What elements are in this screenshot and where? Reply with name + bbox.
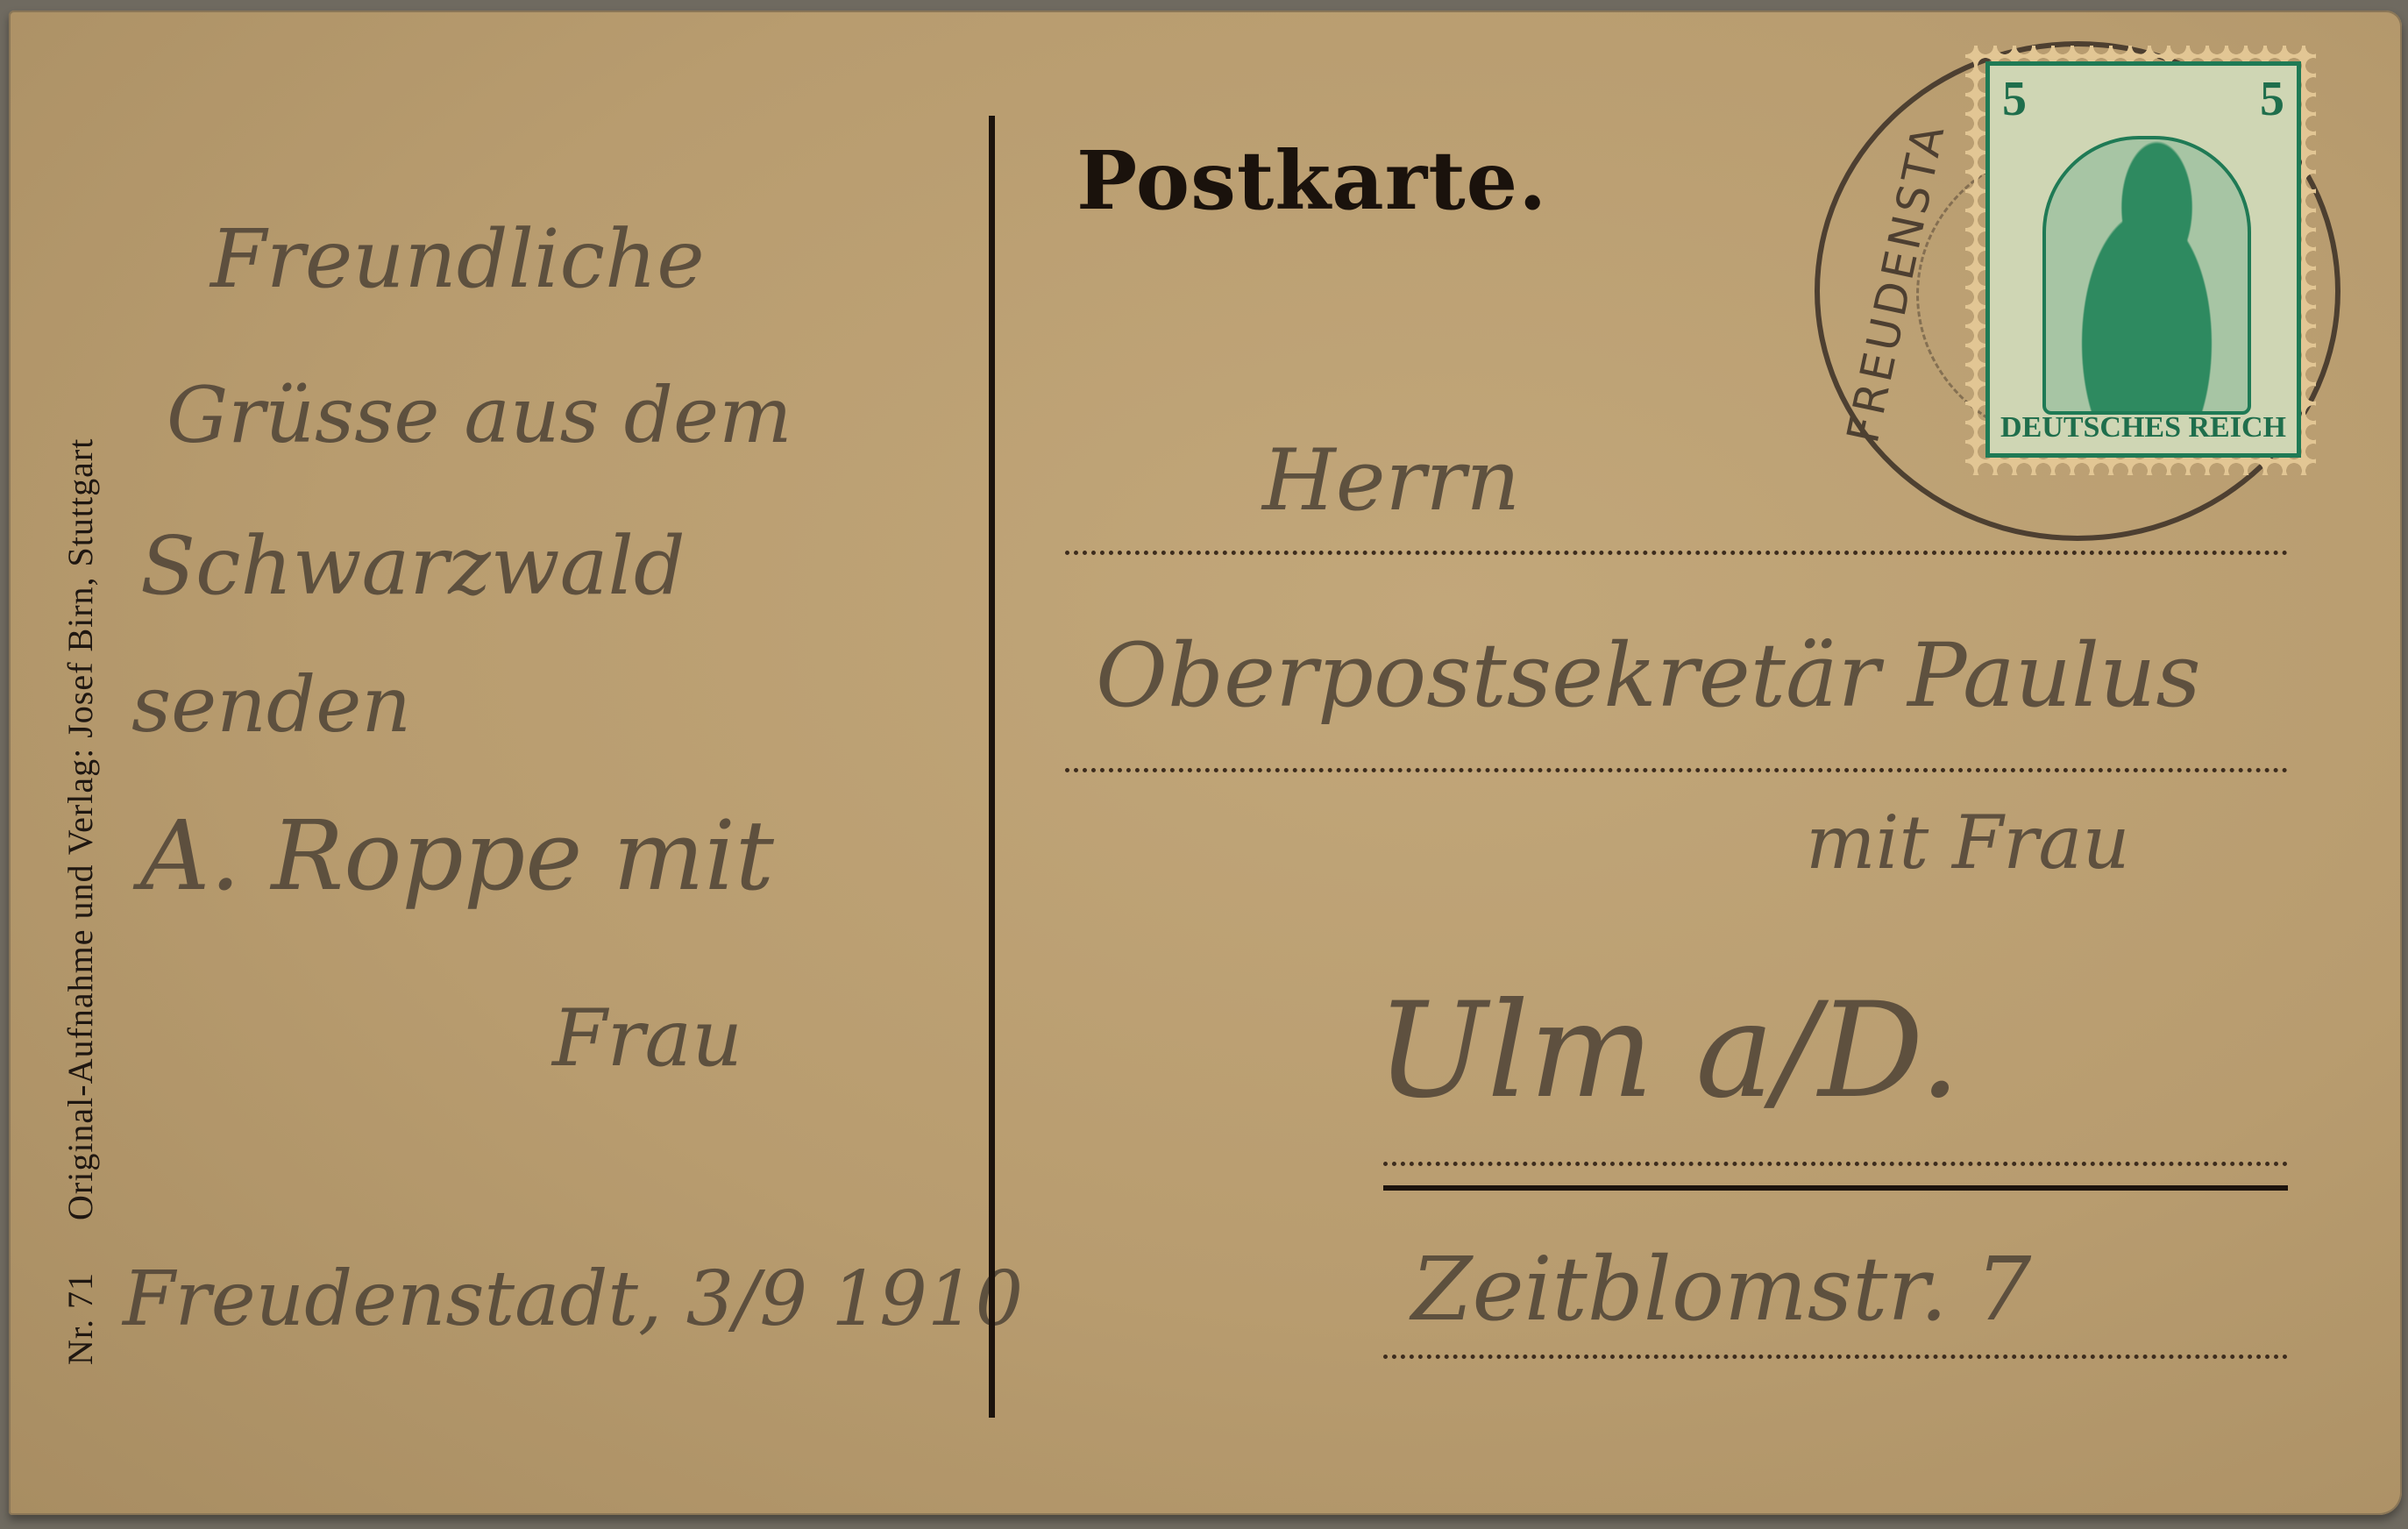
germania-portrait-icon [2042, 136, 2251, 415]
address-line-1 [1065, 551, 2288, 555]
stamp-value-left: 5 [2002, 71, 2027, 127]
message-line: senden [131, 659, 411, 750]
address-street: Zeitblomstr. 7 [1411, 1238, 2031, 1341]
card-title: Postkarte. [1076, 133, 1547, 228]
address-salutation: Herrn [1262, 431, 1520, 530]
center-divider [989, 116, 995, 1418]
address-recipient: Oberpostsekretär Paulus [1096, 624, 2201, 727]
message-line: Freundliche [210, 212, 705, 306]
message-line: Grüsse aus dem [167, 370, 792, 460]
address-city-underline [1383, 1185, 2288, 1191]
address-companion: mit Frau [1806, 800, 2130, 885]
message-line: Schwarzwald [140, 519, 685, 613]
address-city: Ulm a/D. [1376, 975, 1961, 1127]
card-number: Nr. 71 [60, 1272, 100, 1365]
publisher-text: Original-Aufnahme und Verlag: Josef Birn… [60, 438, 100, 1220]
address-line-3 [1383, 1162, 2288, 1166]
postage-stamp: 5 5 DEUTSCHES REICH [1985, 61, 2301, 458]
place-date: Freudenstadt, 3/9 1910 [123, 1255, 1023, 1343]
message-line: Frau [552, 992, 742, 1085]
signature: A. Roppe mit [140, 800, 774, 912]
stamp-country: DEUTSCHES REICH [1990, 411, 2297, 444]
publisher-imprint: Nr. 71 Original-Aufnahme und Verlag: Jos… [60, 438, 101, 1365]
address-line-4 [1383, 1355, 2288, 1359]
stamp-value-right: 5 [2260, 71, 2284, 127]
address-line-2 [1065, 768, 2288, 772]
postcard: Nr. 71 Original-Aufnahme und Verlag: Jos… [9, 11, 2402, 1515]
